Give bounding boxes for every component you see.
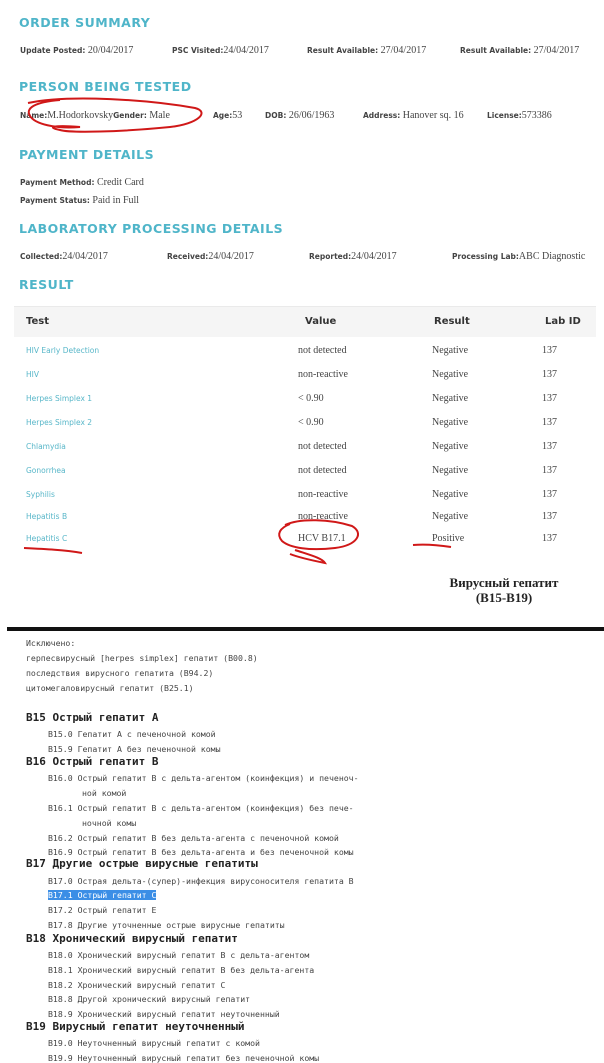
lab-id: 137: [542, 441, 557, 452]
test-result: Negative: [432, 465, 468, 476]
test-result: Negative: [432, 369, 468, 380]
lab-id: 137: [542, 465, 557, 476]
results-table-header: Test Value Result Lab ID: [14, 306, 596, 337]
psc-visited-field: PSC Visited:24/04/2017: [172, 45, 269, 56]
code-item: B16.2 Острый гепатит B без дельта-агента…: [48, 833, 339, 843]
table-row: Hepatitis CHCV B17.1Positive137: [14, 528, 596, 552]
result-available-field-2: Result Available: 27/04/2017: [460, 45, 579, 56]
age-field: Age:53: [213, 110, 242, 121]
payment-status-field: Payment Status: Paid in Full: [20, 195, 139, 206]
result-heading: RESULT: [19, 277, 74, 292]
test-value: non-reactive: [298, 511, 348, 522]
code-item: B16.9 Острый гепатит B без дельта-агента…: [48, 847, 354, 857]
test-result: Negative: [432, 393, 468, 404]
lab-id: 137: [542, 533, 557, 544]
test-link[interactable]: Hepatitis C: [26, 534, 67, 543]
test-value: < 0.90: [298, 393, 324, 404]
table-row: HIVnon-reactiveNegative137: [14, 364, 596, 388]
excluded-item: цитомегаловирусный гепатит (B25.1): [26, 683, 194, 693]
test-result: Negative: [432, 511, 468, 522]
address-field: Address: Hanover sq. 16: [363, 110, 464, 121]
column-test: Test: [26, 316, 49, 327]
code-item: B18.1 Хронический вирусный гепатит B без…: [48, 965, 314, 975]
test-link[interactable]: HIV Early Detection: [26, 346, 99, 355]
license-field: License:573386: [487, 110, 552, 121]
test-link[interactable]: Chlamydia: [26, 442, 66, 451]
test-value: non-reactive: [298, 489, 348, 500]
code-item-continuation: ночной комы: [82, 818, 136, 828]
category-b16: B16 Острый гепатит B: [26, 755, 158, 768]
code-item: B19.0 Неуточненный вирусный гепатит с ко…: [48, 1038, 260, 1048]
dob-field: DOB: 26/06/1963: [265, 110, 334, 121]
category-b19: B19 Вирусный гепатит неуточненный: [26, 1020, 245, 1033]
code-item: B16.0 Острый гепатит B с дельта-агентом …: [48, 773, 359, 783]
lab-id: 137: [542, 393, 557, 404]
payment-heading: PAYMENT DETAILS: [19, 147, 154, 162]
test-link[interactable]: Herpes Simplex 1: [26, 394, 92, 403]
code-item: B17.2 Острый гепатит E: [48, 905, 156, 915]
lab-id: 137: [542, 489, 557, 500]
table-row: Herpes Simplex 1< 0.90Negative137: [14, 388, 596, 412]
test-link[interactable]: Herpes Simplex 2: [26, 418, 92, 427]
test-result: Negative: [432, 441, 468, 452]
lab-id: 137: [542, 417, 557, 428]
excluded-item: последствия вирусного гепатита (B94.2): [26, 668, 213, 678]
test-value: not detected: [298, 441, 347, 452]
lab-id: 137: [542, 511, 557, 522]
test-link[interactable]: Syphilis: [26, 490, 55, 499]
column-value: Value: [305, 316, 336, 327]
table-row: Gonorrheanot detectedNegative137: [14, 460, 596, 484]
collected-field: Collected:24/04/2017: [20, 251, 108, 262]
test-result: Negative: [432, 417, 468, 428]
processing-lab-field: Processing Lab:ABC Diagnostic: [452, 251, 585, 262]
update-posted-field: Update Posted: 20/04/2017: [20, 45, 133, 56]
category-b17: B17 Другие острые вирусные гепатиты: [26, 857, 258, 870]
result-available-field: Result Available: 27/04/2017: [307, 45, 426, 56]
test-value: non-reactive: [298, 369, 348, 380]
column-result: Result: [434, 316, 470, 327]
column-lab-id: Lab ID: [545, 316, 581, 327]
code-item: B17.0 Острая дельта-(супер)-инфекция вир…: [48, 876, 354, 886]
order-summary-heading: ORDER SUMMARY: [19, 15, 150, 30]
divider: [7, 627, 604, 631]
test-value: not detected: [298, 345, 347, 356]
test-result: Negative: [432, 489, 468, 500]
name-gender-field: Name:M.HodorkovskyGender: Male: [20, 110, 170, 121]
excluded-title: Исключено:: [26, 638, 75, 648]
test-value: < 0.90: [298, 417, 324, 428]
excluded-item: герпесвирусный [herpes simplex] гепатит …: [26, 653, 258, 663]
code-item-continuation: ной комой: [82, 788, 126, 798]
code-item: B18.9 Хронический вирусный гепатит неуто…: [48, 1009, 280, 1019]
lab-id: 137: [542, 345, 557, 356]
code-item-highlighted[interactable]: B17.1 Острый гепатит C: [48, 890, 156, 900]
code-item: B18.0 Хронический вирусный гепатит B с д…: [48, 950, 309, 960]
test-result: Positive: [432, 533, 464, 544]
lab-report: ORDER SUMMARY Update Posted: 20/04/2017 …: [0, 0, 604, 626]
test-value: not detected: [298, 465, 347, 476]
received-field: Received:24/04/2017: [167, 251, 254, 262]
test-link[interactable]: Gonorrhea: [26, 466, 66, 475]
table-row: HIV Early Detectionnot detectedNegative1…: [14, 340, 596, 364]
code-item: B15.0 Гепатит A с печеночной комой: [48, 729, 216, 739]
code-item: B18.8 Другой хронический вирусный гепати…: [48, 994, 250, 1004]
test-result: Negative: [432, 345, 468, 356]
lab-id: 137: [542, 369, 557, 380]
code-item: B16.1 Острый гепатит B с дельта-агентом …: [48, 803, 354, 813]
person-heading: PERSON BEING TESTED: [19, 79, 192, 94]
test-link[interactable]: HIV: [26, 370, 39, 379]
table-row: Chlamydianot detectedNegative137: [14, 436, 596, 460]
code-item: B19.9 Неуточненный вирусный гепатит без …: [48, 1053, 319, 1063]
payment-method-field: Payment Method: Credit Card: [20, 177, 144, 188]
table-row: Syphilisnon-reactiveNegative137: [14, 484, 596, 508]
test-link[interactable]: Hepatitis B: [26, 512, 67, 521]
category-b18: B18 Хронический вирусный гепатит: [26, 932, 238, 945]
test-value: HCV B17.1: [298, 533, 346, 544]
code-item: B18.2 Хронический вирусный гепатит C: [48, 980, 225, 990]
code-item: B15.9 Гепатит A без печеночной комы: [48, 744, 221, 754]
category-b15: B15 Острый гепатит A: [26, 711, 158, 724]
table-row: Hepatitis Bnon-reactiveNegative137: [14, 506, 596, 530]
viral-hepatitis-caption: Вирусный гепатит (B15-B19): [420, 575, 588, 605]
lab-processing-heading: LABORATORY PROCESSING DETAILS: [19, 221, 283, 236]
reported-field: Reported:24/04/2017: [309, 251, 397, 262]
table-row: Herpes Simplex 2< 0.90Negative137: [14, 412, 596, 436]
code-item: B17.8 Другие уточненные острые вирусные …: [48, 920, 285, 930]
